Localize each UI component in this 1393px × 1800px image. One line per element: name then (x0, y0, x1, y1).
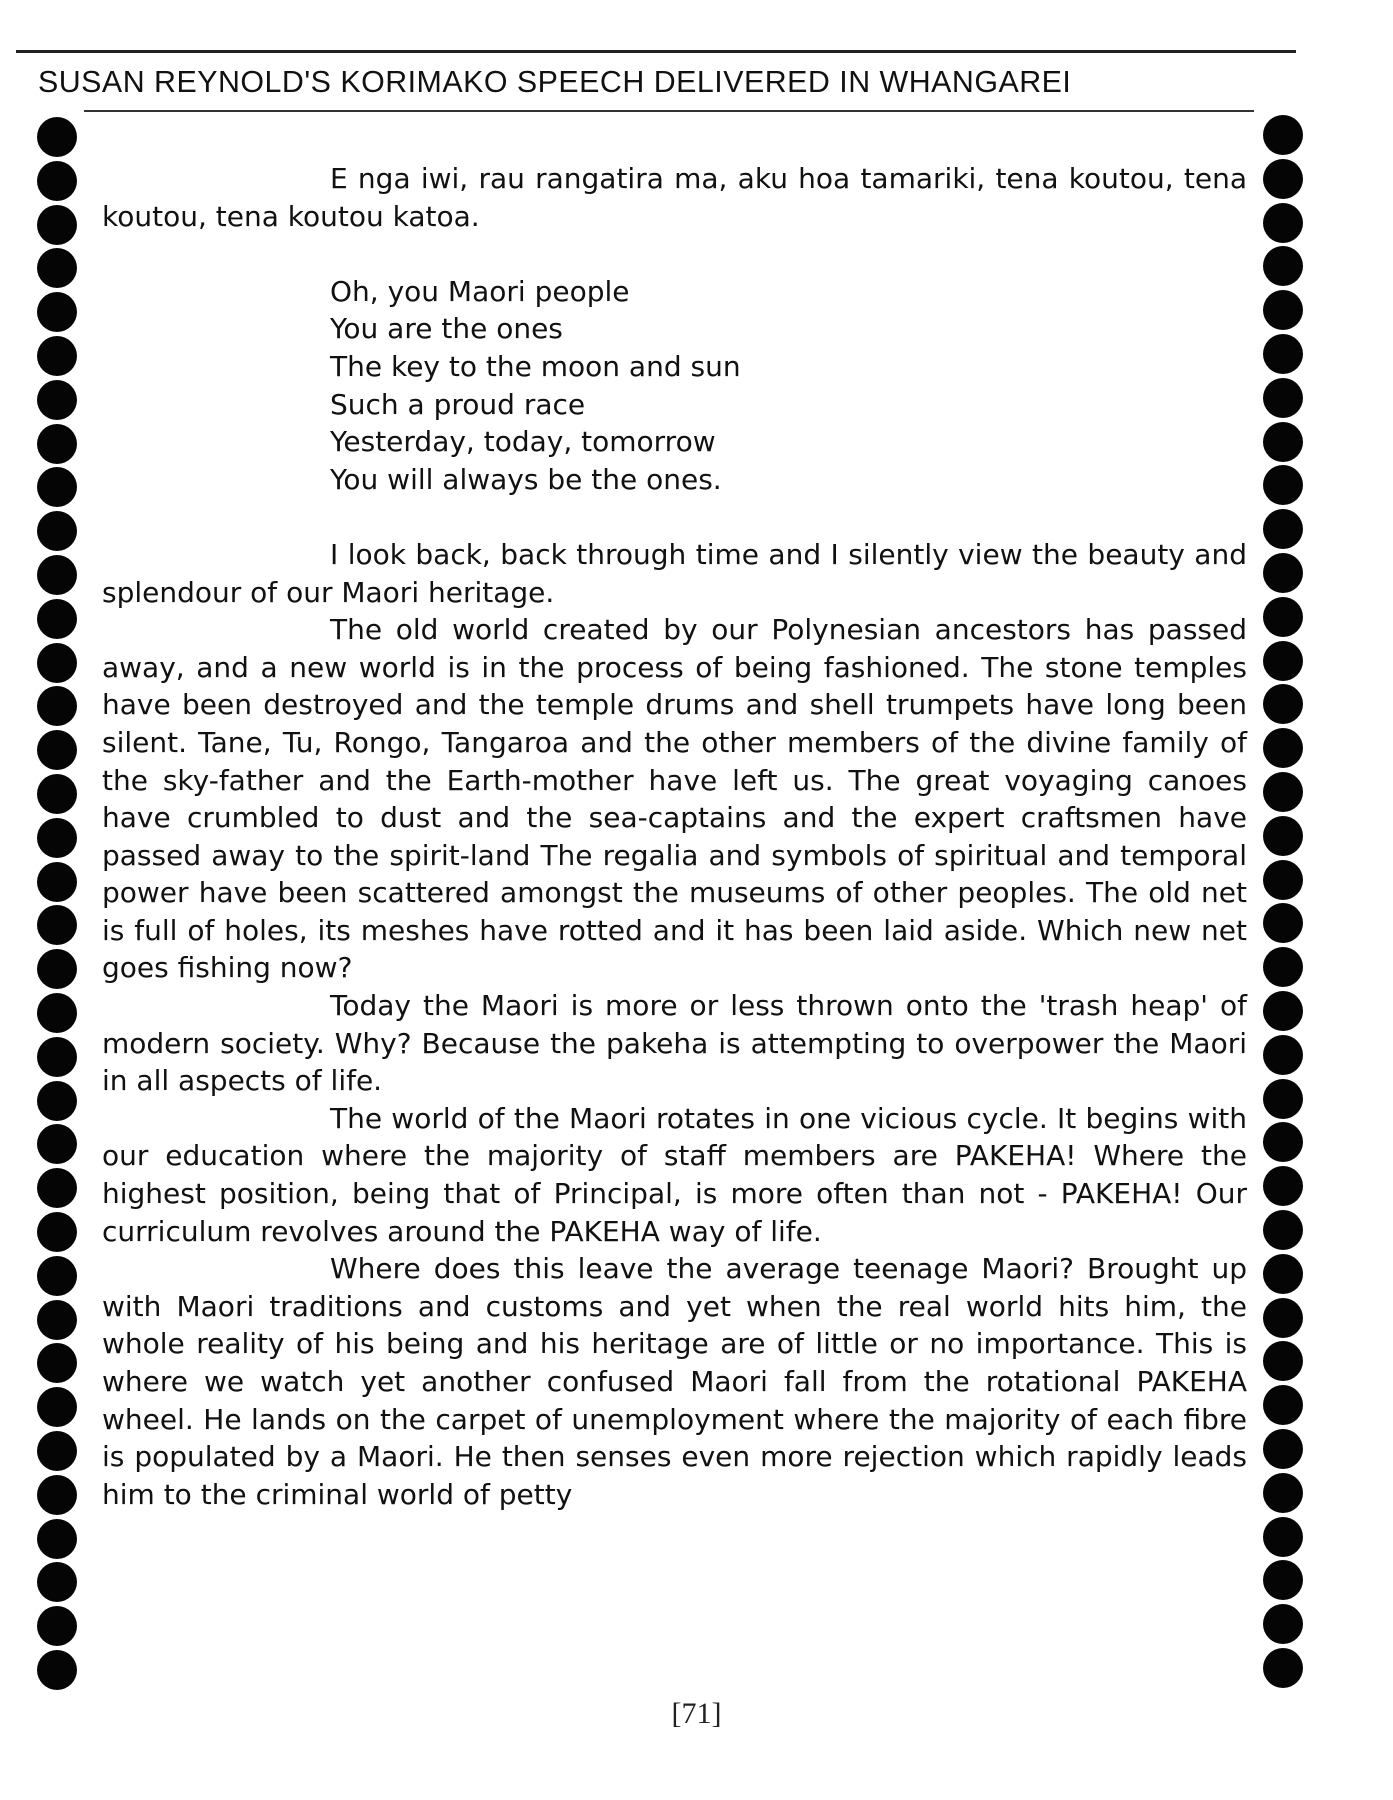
title-underline (84, 110, 1254, 112)
poem-line: The key to the moon and sun (330, 348, 1247, 386)
filled-circle-icon (37, 1387, 77, 1427)
filled-circle-icon (37, 993, 77, 1033)
filled-circle-icon (1263, 903, 1303, 943)
poem-line: Yesterday, today, tomorrow (330, 423, 1247, 461)
filled-circle-icon (37, 1431, 77, 1471)
filled-circle-icon (37, 1519, 77, 1559)
filled-circle-icon (1263, 1385, 1303, 1425)
poem-line: You will always be the ones. (330, 461, 1247, 499)
top-rule (16, 50, 1296, 53)
filled-circle-icon (1263, 860, 1303, 900)
filled-circle-icon (1263, 947, 1303, 987)
poem-line: Such a proud race (330, 386, 1247, 424)
filled-circle-icon (37, 511, 77, 551)
filled-circle-icon (1263, 1298, 1303, 1338)
filled-circle-icon (37, 1168, 77, 1208)
paragraph: The old world created by our Polynesian … (102, 611, 1247, 987)
filled-circle-icon (37, 686, 77, 726)
paragraph: I look back, back through time and I sil… (102, 536, 1247, 611)
filled-circle-icon (37, 1081, 77, 1121)
filled-circle-icon (1263, 378, 1303, 418)
filled-circle-icon (37, 292, 77, 332)
filled-circle-icon (37, 555, 77, 595)
filled-circle-icon (37, 818, 77, 858)
filled-circle-icon (1263, 246, 1303, 286)
paragraph: Today the Maori is more or less thrown o… (102, 987, 1247, 1100)
filled-circle-icon (1263, 1341, 1303, 1381)
filled-circle-icon (1263, 772, 1303, 812)
poem-line: Oh, you Maori people (330, 273, 1247, 311)
filled-circle-icon (1263, 1560, 1303, 1600)
filled-circle-icon (1263, 1035, 1303, 1075)
filled-circle-icon (37, 730, 77, 770)
speech-body: E nga iwi, rau rangatira ma, aku hoa tam… (102, 160, 1247, 1513)
page-title: SUSAN REYNOLD'S KORIMAKO SPEECH DELIVERE… (38, 64, 1283, 100)
filled-circle-icon (1263, 641, 1303, 681)
filled-circle-icon (1263, 991, 1303, 1031)
filled-circle-icon (37, 1037, 77, 1077)
filled-circle-icon (37, 1606, 77, 1646)
filled-circle-icon (37, 949, 77, 989)
filled-circle-icon (1263, 816, 1303, 856)
filled-circle-icon (37, 1650, 77, 1690)
filled-circle-icon (37, 1562, 77, 1602)
filled-circle-icon (37, 905, 77, 945)
filled-circle-icon (37, 467, 77, 507)
filled-circle-icon (1263, 115, 1303, 155)
filled-circle-icon (1263, 684, 1303, 724)
filled-circle-icon (37, 117, 77, 157)
filled-circle-icon (1263, 553, 1303, 593)
filled-circle-icon (37, 862, 77, 902)
filled-circle-icon (1263, 1604, 1303, 1644)
filled-circle-icon (37, 1475, 77, 1515)
filled-circle-icon (37, 599, 77, 639)
filled-circle-icon (1263, 290, 1303, 330)
page-number: [71] (0, 1697, 1393, 1731)
filled-circle-icon (37, 161, 77, 201)
filled-circle-icon (1263, 728, 1303, 768)
filled-circle-icon (37, 205, 77, 245)
filled-circle-icon (37, 643, 77, 683)
filled-circle-icon (37, 380, 77, 420)
filled-circle-icon (1263, 1210, 1303, 1250)
filled-circle-icon (37, 1300, 77, 1340)
filled-circle-icon (37, 1256, 77, 1296)
poem-line: You are the ones (330, 310, 1247, 348)
filled-circle-icon (1263, 1254, 1303, 1294)
filled-circle-icon (37, 1212, 77, 1252)
filled-circle-icon (1263, 597, 1303, 637)
filled-circle-icon (1263, 159, 1303, 199)
filled-circle-icon (1263, 334, 1303, 374)
filled-circle-icon (1263, 1079, 1303, 1119)
filled-circle-icon (1263, 1648, 1303, 1688)
filled-circle-icon (1263, 1429, 1303, 1469)
filled-circle-icon (37, 248, 77, 288)
filled-circle-icon (37, 336, 77, 376)
filled-circle-icon (37, 774, 77, 814)
filled-circle-icon (1263, 203, 1303, 243)
filled-circle-icon (1263, 1473, 1303, 1513)
filled-circle-icon (37, 424, 77, 464)
filled-circle-icon (37, 1124, 77, 1164)
paragraph: Where does this leave the average teenag… (102, 1250, 1247, 1513)
filled-circle-icon (1263, 509, 1303, 549)
filled-circle-icon (1263, 422, 1303, 462)
filled-circle-icon (1263, 1166, 1303, 1206)
filled-circle-icon (1263, 1122, 1303, 1162)
poem: Oh, you Maori people You are the ones Th… (102, 273, 1247, 499)
filled-circle-icon (1263, 1517, 1303, 1557)
filled-circle-icon (37, 1343, 77, 1383)
paragraph: The world of the Maori rotates in one vi… (102, 1100, 1247, 1250)
greeting-paragraph: E nga iwi, rau rangatira ma, aku hoa tam… (102, 160, 1247, 235)
filled-circle-icon (1263, 465, 1303, 505)
